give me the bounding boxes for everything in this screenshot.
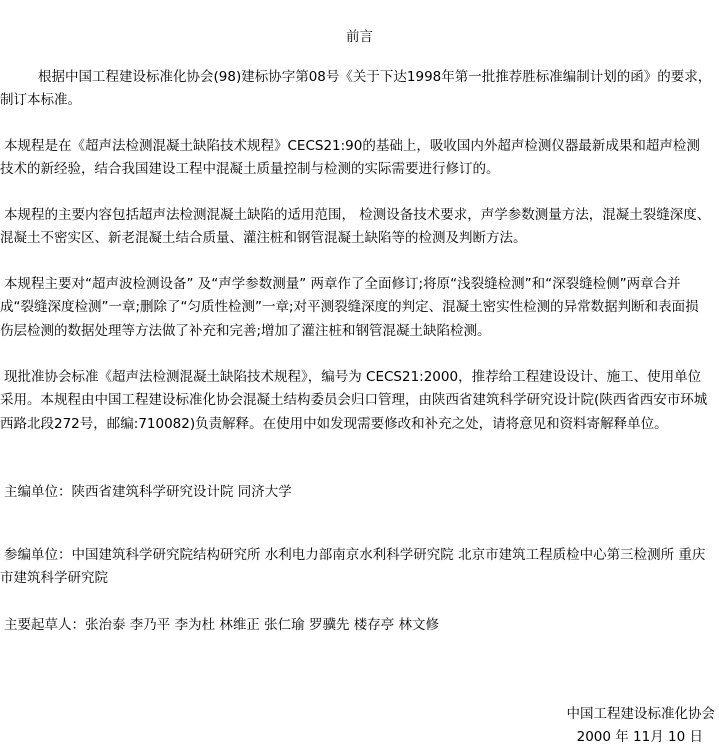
- signature-block: 中国工程建设标准化协会 2000 年 11月 10 日: [567, 703, 716, 744]
- paragraph-revisions: 本规程主要对“超声波检测设备” 及“声学参数测量” 两章作了全面修订;将原“浅裂…: [0, 273, 712, 343]
- page-title: 前言: [0, 26, 719, 49]
- paragraph-revision-basis: 本规程是在《超声法检测混凝土缺陷技术规程》CECS21:90的基础上，吸收国内外…: [0, 135, 712, 182]
- chief-editor-units: 主编单位：陕西省建筑科学研究设计院 同济大学: [0, 481, 712, 504]
- paragraph-approval: 现批准协会标准《超声法检测混凝土缺陷技术规程》，编号为 CECS21:2000，…: [0, 366, 712, 436]
- main-drafters: 主要起草人：张治泰 李乃平 李为杜 林维正 张仁瑜 罗骥先 楼存亭 林文修: [0, 614, 712, 637]
- participating-units: 参编单位：中国建筑科学研究院结构研究所 水利电力部南京水利科学研究院 北京市建筑…: [0, 544, 712, 591]
- signature-organization: 中国工程建设标准化协会: [567, 703, 716, 726]
- paragraph-main-content: 本规程的主要内容包括超声法检测混凝土缺陷的适用范围， 检测设备技术要求，声学参数…: [0, 204, 712, 251]
- signature-date: 2000 年 11月 10 日: [567, 726, 716, 744]
- paragraph-preface-origin: 根据中国工程建设标准化协会(98)建标协字第08号《关于下达1998年第一批推荐…: [0, 66, 712, 113]
